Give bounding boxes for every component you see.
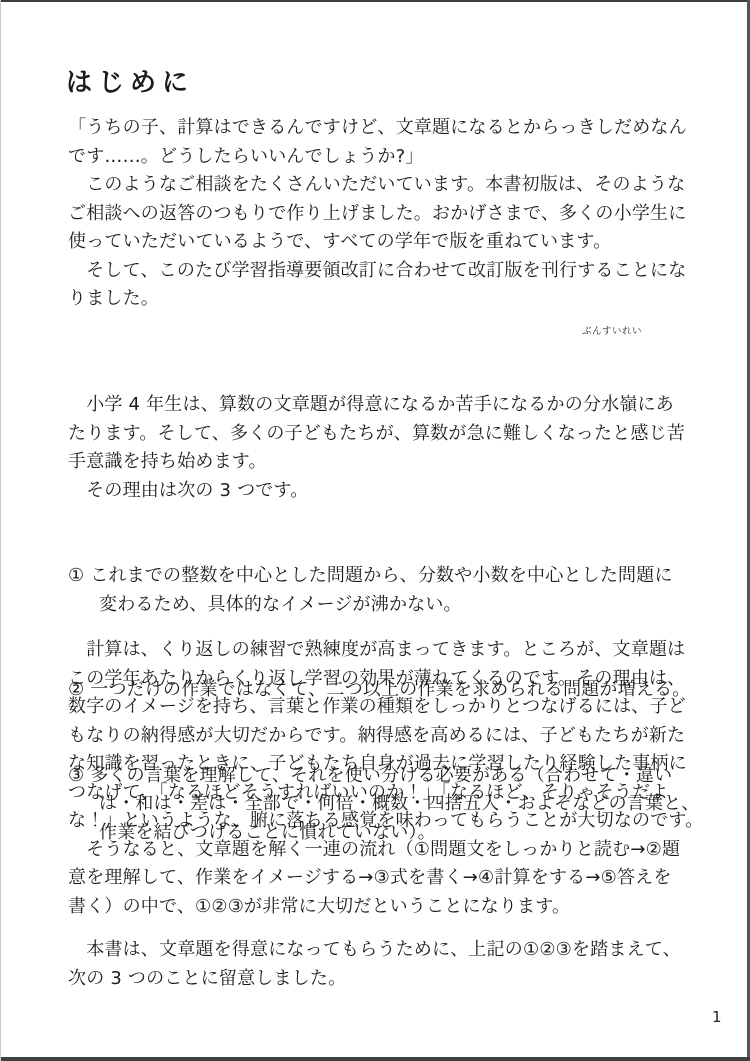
- practice-paragraph: 計算は、くり返しの練習で熟練度が高まってきます。ところが、文章題は この学年あた…: [68, 636, 693, 921]
- closing-paragraph: 本書は、文章題を得意になってもらうために、上記の①②③を踏まえて、 次の 3 つ…: [68, 936, 693, 993]
- book-page: はじめに 「うちの子、計算はできるんですけど、文章題になるとからっきしだめなん …: [0, 0, 750, 1061]
- watershed-paragraph: 小学 4 年生は、算数の文章題が得意になるか苦手になるかの分水嶺にあ たります。…: [68, 391, 693, 505]
- page-title: はじめに: [66, 62, 194, 99]
- page-number: 1: [712, 1008, 722, 1026]
- scan-edge-left: [0, 0, 1, 1061]
- scan-edge-top: [0, 0, 750, 2]
- reason-item-1: ① これまでの整数を中心とした問題から、分数や小数を中心とした問題に 変わるため…: [68, 562, 693, 619]
- intro-paragraph: 「うちの子、計算はできるんですけど、文章題になるとからっきしだめなん です……。…: [68, 114, 693, 314]
- scan-edge-bottom: [0, 1057, 750, 1061]
